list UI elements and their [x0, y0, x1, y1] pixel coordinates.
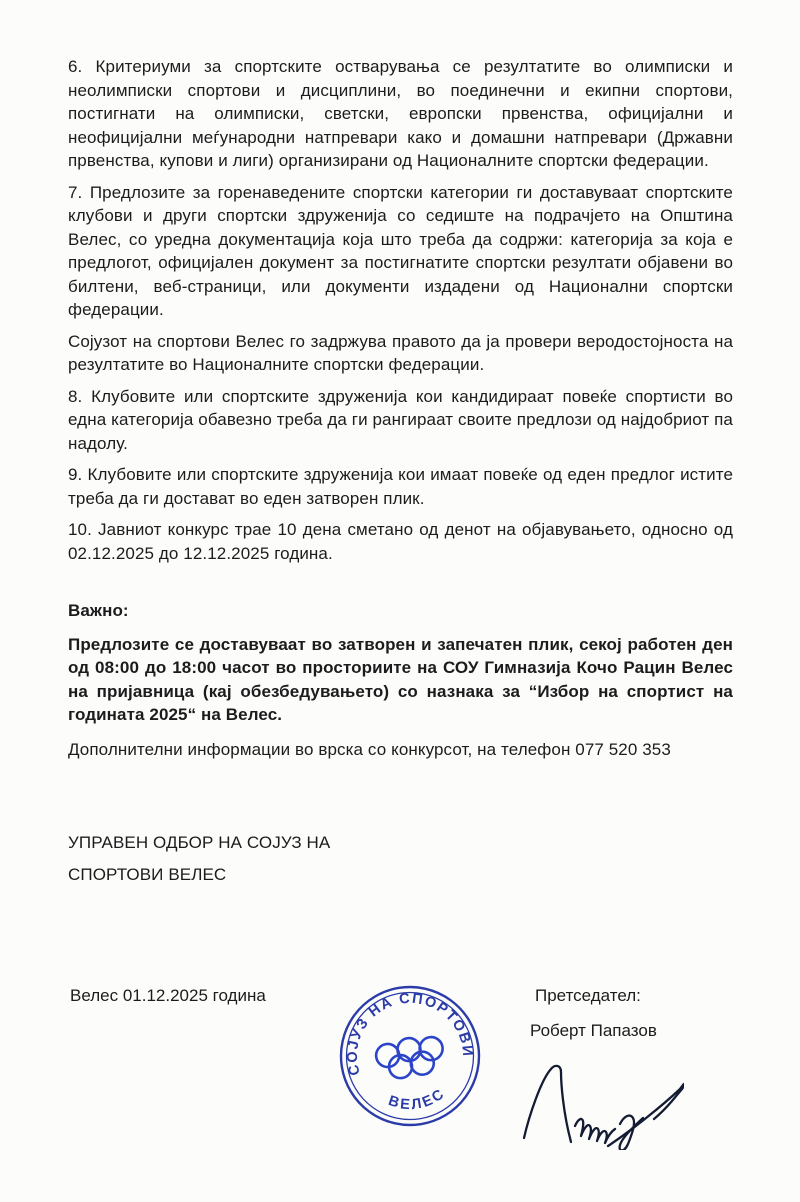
paragraph-6: 6. Критериуми за спортските остварувања … — [68, 55, 733, 173]
document-body: 6. Критериуми за спортските остварувања … — [68, 55, 733, 894]
signature-stroke-initial — [524, 1066, 571, 1142]
paragraph-8: 8. Клубовите или спортските здруженија к… — [68, 385, 733, 456]
president-signature — [516, 1058, 684, 1150]
president-label: Претседател: — [535, 986, 641, 1006]
signature-stroke-loop — [620, 1116, 643, 1150]
stamp-arc-top-text: СОЈУЗ НА СПОРТОВИ — [337, 983, 476, 1077]
place-and-date: Велес 01.12.2025 година — [70, 986, 266, 1006]
signature-stroke-flourish — [608, 1084, 684, 1146]
scanned-document-page: 6. Критериуми за спортските остварувања … — [0, 0, 800, 1202]
board-title-line2: СПОРТОВИ ВЕЛЕС — [68, 863, 733, 887]
olympic-rings-icon — [374, 1033, 446, 1082]
paragraph-7: 7. Предлозите за горенаведените спортски… — [68, 181, 733, 322]
paragraph-verification: Сојузот на спортови Велес го задржува пр… — [68, 330, 733, 377]
board-title-line1: УПРАВЕН ОДБОР НА СОЈУЗ НА — [68, 831, 733, 855]
signature-stroke-humps — [575, 1119, 615, 1143]
svg-text:СОЈУЗ НА СПОРТОВИ: СОЈУЗ НА СПОРТОВИ — [337, 983, 476, 1077]
paragraph-10: 10. Јавниот конкурс трае 10 дена сметано… — [68, 518, 733, 565]
contact-info-line: Дополнителни информации во врска со конк… — [68, 738, 733, 762]
important-paragraph: Предлозите се доставуваат во затворен и … — [68, 633, 733, 727]
paragraph-9: 9. Клубовите или спортските здруженија к… — [68, 463, 733, 510]
president-name: Роберт Папазов — [530, 1021, 657, 1041]
important-heading: Важно: — [68, 599, 733, 623]
official-stamp: СОЈУЗ НА СПОРТОВИ ВЕЛЕС — [337, 983, 483, 1129]
